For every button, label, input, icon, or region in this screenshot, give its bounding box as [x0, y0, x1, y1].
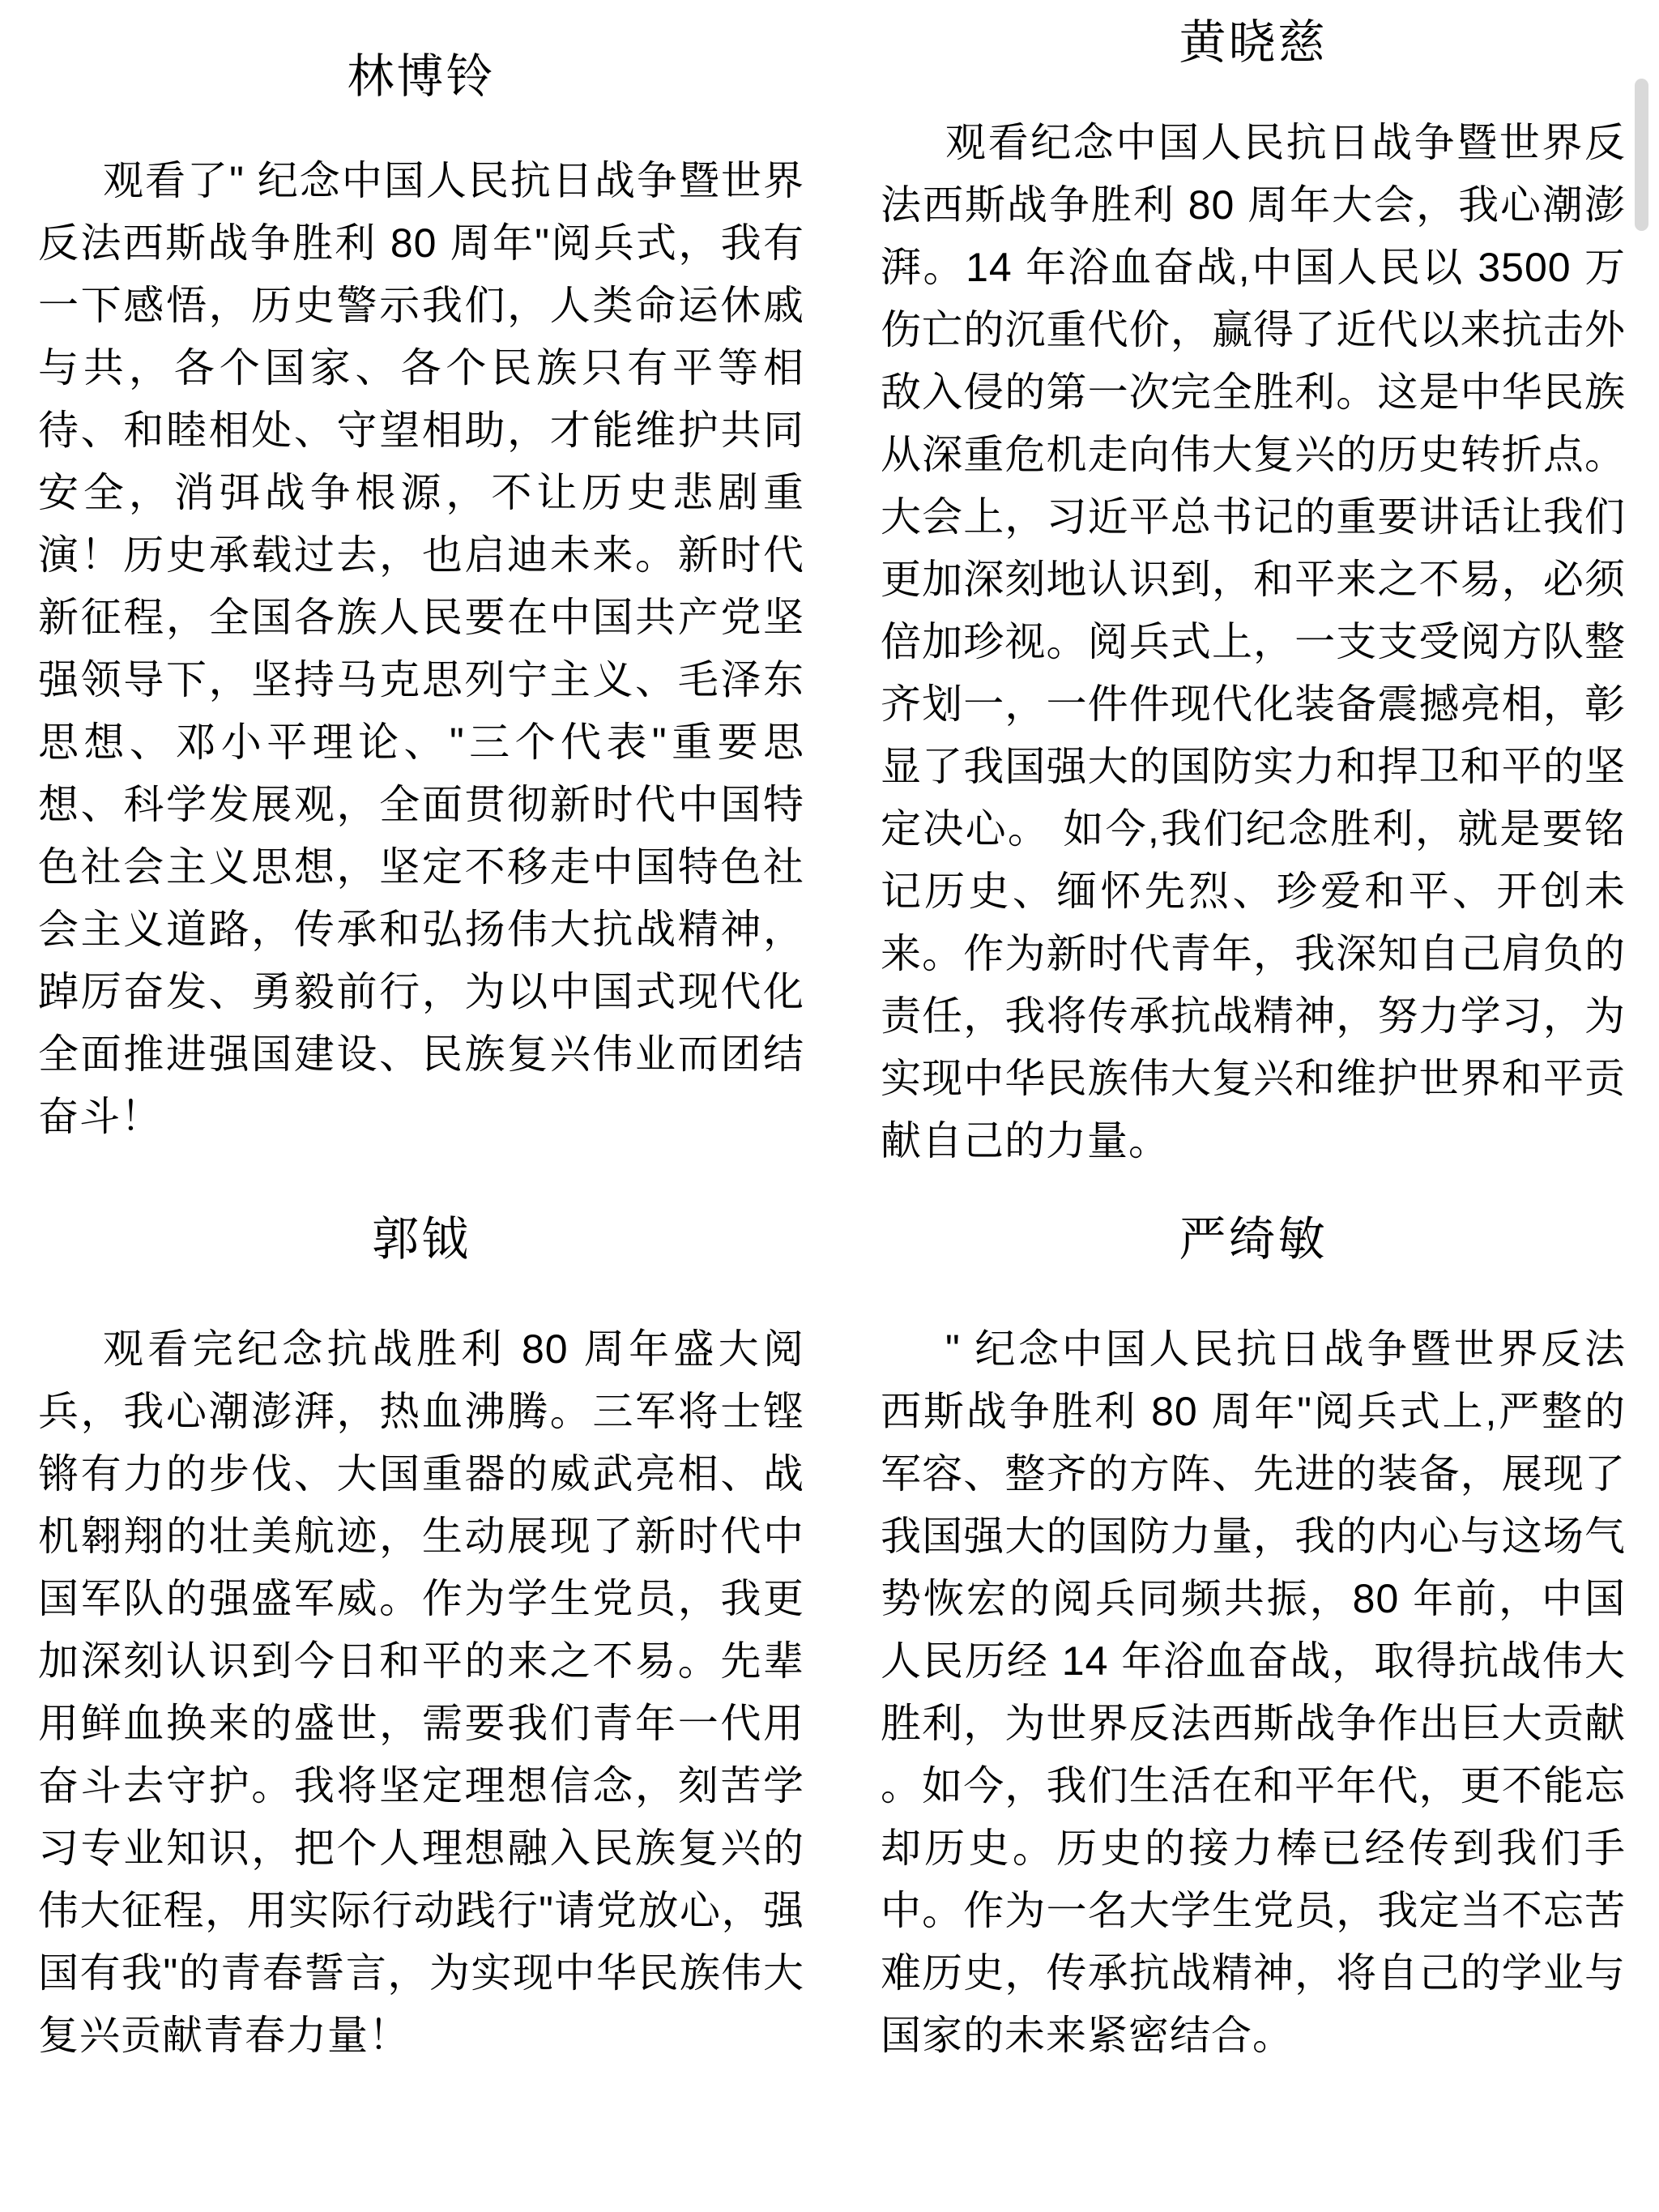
essay-paragraph: 观看了" 纪念中国人民抗日战争暨世界反法西斯战争胜利 80 周年"阅兵式，我有一… — [38, 150, 804, 1148]
author-name-heading: 黄晓慈 — [881, 15, 1626, 71]
essay-paragraph: 观看纪念中国人民抗日战争暨世界反法西斯战争胜利 80 周年大会，我心潮澎湃。14… — [881, 112, 1626, 1172]
author-name-heading: 严绮敏 — [881, 1211, 1626, 1268]
essay-section-lin-boling: 林博铃 观看了" 纪念中国人民抗日战争暨世界反法西斯战争胜利 80 周年"阅兵式… — [38, 49, 804, 1148]
document-page: 林博铃 观看了" 纪念中国人民抗日战争暨世界反法西斯战争胜利 80 周年"阅兵式… — [0, 0, 1659, 2212]
author-name-heading: 郭钺 — [38, 1211, 804, 1268]
essay-section-huang-xiaoci: 黄晓慈 观看纪念中国人民抗日战争暨世界反法西斯战争胜利 80 周年大会，我心潮澎… — [881, 15, 1626, 1172]
essay-paragraph: 观看完纪念抗战胜利 80 周年盛大阅兵，我心潮澎湃，热血沸腾。三军将士铿锵有力的… — [38, 1318, 804, 2067]
essay-paragraph: " 纪念中国人民抗日战争暨世界反法西斯战争胜利 80 周年"阅兵式上,严整的军容… — [881, 1318, 1626, 2067]
essay-section-guo-yue: 郭钺 观看完纪念抗战胜利 80 周年盛大阅兵，我心潮澎湃，热血沸腾。三军将士铿锵… — [38, 1211, 804, 2067]
author-name-heading: 林博铃 — [38, 49, 804, 105]
scrollbar-thumb[interactable] — [1635, 79, 1648, 231]
essay-section-yan-qimin: 严绮敏 " 纪念中国人民抗日战争暨世界反法西斯战争胜利 80 周年"阅兵式上,严… — [881, 1211, 1626, 2067]
